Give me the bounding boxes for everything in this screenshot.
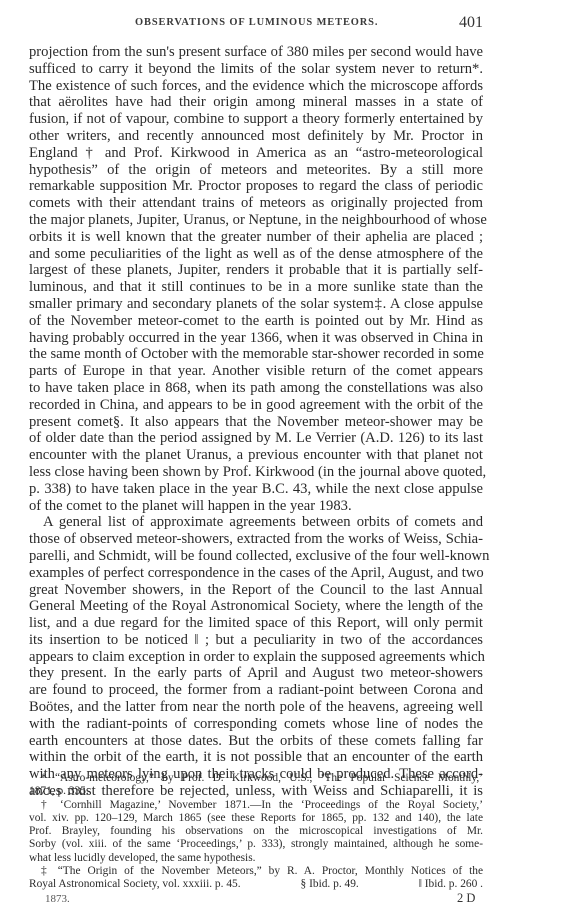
text-line: less close having been shown by Prof. Ki…: [29, 464, 483, 481]
paragraph-start-line: A general list of approximate agreements…: [29, 514, 483, 531]
footnote-line: * “Astro-meteorology,” by Prof. D. Kirkw…: [29, 772, 483, 785]
footnote-line: 1871, p. 335.: [29, 785, 483, 798]
text-line: are found to proceed, the former from a …: [29, 682, 483, 699]
text-line: with the radiant-points of corresponding…: [29, 716, 483, 733]
text-line: General Meeting of the Royal Astronomica…: [29, 598, 483, 615]
text-line: remarkable supposition Mr. Proctor propo…: [29, 178, 483, 195]
text-line: the major planets, Jupiter, Uranus, or N…: [29, 212, 483, 229]
page-number: 401: [459, 14, 483, 32]
text-line: list, and a due regard for the limited s…: [29, 615, 483, 632]
footnote-line: † ‘Cornhill Magazine,’ November 1871.—In…: [29, 799, 483, 812]
text-line: parts of Europe in that year. Another vi…: [29, 363, 483, 380]
text-line: that aërolites have had their origin amo…: [29, 94, 483, 111]
text-line: within the orbit of the earth, it is not…: [29, 749, 483, 766]
running-head: OBSERVATIONS OF LUMINOUS METEORS. 401: [29, 15, 483, 31]
text-line: The existence of such forces, and the ev…: [29, 78, 483, 95]
text-line: and some peculiarities of the light as w…: [29, 246, 483, 263]
text-line: Boötes, and the latter from near the nor…: [29, 699, 483, 716]
text-line: of older date than the period assigned b…: [29, 430, 483, 447]
text-line: sufficed to carry it beyond the limits o…: [29, 61, 483, 78]
text-line: England † and Prof. Kirkwood in America …: [29, 145, 483, 162]
text-line: of the November meteor-comet to the eart…: [29, 313, 483, 330]
text-line: having probably occurred in the year 136…: [29, 330, 483, 347]
text-line: the same month of October with the memor…: [29, 346, 483, 363]
text-line: projection from the sun's present surfac…: [29, 44, 483, 61]
text-line: luminous, and that it still continues to…: [29, 279, 483, 296]
text-line: earth encounters at those dates. But the…: [29, 733, 483, 750]
footnote-line: vol. xiv. pp. 120–129, March 1865 (see t…: [29, 812, 483, 825]
footnote-line: ‡ “The Origin of the November Meteors,” …: [29, 865, 483, 878]
text-line: appears to claim exception in order to e…: [29, 649, 483, 666]
signature-line: 1873. 2 D: [29, 893, 483, 907]
footnote-line: what less lucidly developed, the same hy…: [29, 852, 483, 865]
text-line: hypothesis” of the origin of meteors and…: [29, 162, 483, 179]
text-line: its insertion to be noticed ‖ ; but a pe…: [29, 632, 483, 649]
text-line: encounter with the planet Uranus, a prev…: [29, 447, 483, 464]
footnote-ibid-49: § Ibid. p. 49.: [301, 878, 359, 891]
text-line: fusion, if not of vapour, combine to sup…: [29, 111, 483, 128]
signature-mark: 2 D: [457, 891, 475, 906]
footnotes: * “Astro-meteorology,” by Prof. D. Kirkw…: [29, 772, 483, 892]
footnote-ref-proctor: Royal Astronomical Society, vol. xxxiii.…: [29, 878, 241, 891]
text-line: great November showers, in the Report of…: [29, 582, 483, 599]
text-line: examples of perfect correspondence in th…: [29, 565, 483, 582]
running-title: OBSERVATIONS OF LUMINOUS METEORS.: [135, 17, 378, 28]
text-line: they present. In the early parts of Apri…: [29, 665, 483, 682]
text-line: p. 338) to have taken place in the year …: [29, 481, 483, 498]
text-line: to have taken place in 868, when its pat…: [29, 380, 483, 397]
text-line: present comet§. It also appears that the…: [29, 414, 483, 431]
body-text: projection from the sun's present surfac…: [29, 44, 483, 800]
footnote-line: Royal Astronomical Society, vol. xxxiii.…: [29, 878, 483, 891]
text-line: parelli, and Schmidt, will be found coll…: [29, 548, 483, 565]
print-year: 1873.: [45, 893, 70, 905]
text-line: comets with their attendant trains of me…: [29, 195, 483, 212]
text-line: orbits it is well known that the greater…: [29, 229, 483, 246]
text-line: largest of these planets, Jupiter, rende…: [29, 262, 483, 279]
text-line: recorded in China, and appears to be in …: [29, 397, 483, 414]
text-line: those of observed meteor-showers, extrac…: [29, 531, 483, 548]
text-line: other writers, and recently announced mo…: [29, 128, 483, 145]
footnote-ibid-260: ‖ Ibid. p. 260 .: [419, 878, 483, 891]
footnote-line: Sorby (vol. xiii. of the same ‘Proceedin…: [29, 838, 483, 851]
footnote-line: Prof. Brayley, founding his observations…: [29, 825, 483, 838]
paragraph-end-line: of the comet to the planet will happen i…: [29, 498, 483, 515]
text-line: smaller primary and secondary planets of…: [29, 296, 483, 313]
